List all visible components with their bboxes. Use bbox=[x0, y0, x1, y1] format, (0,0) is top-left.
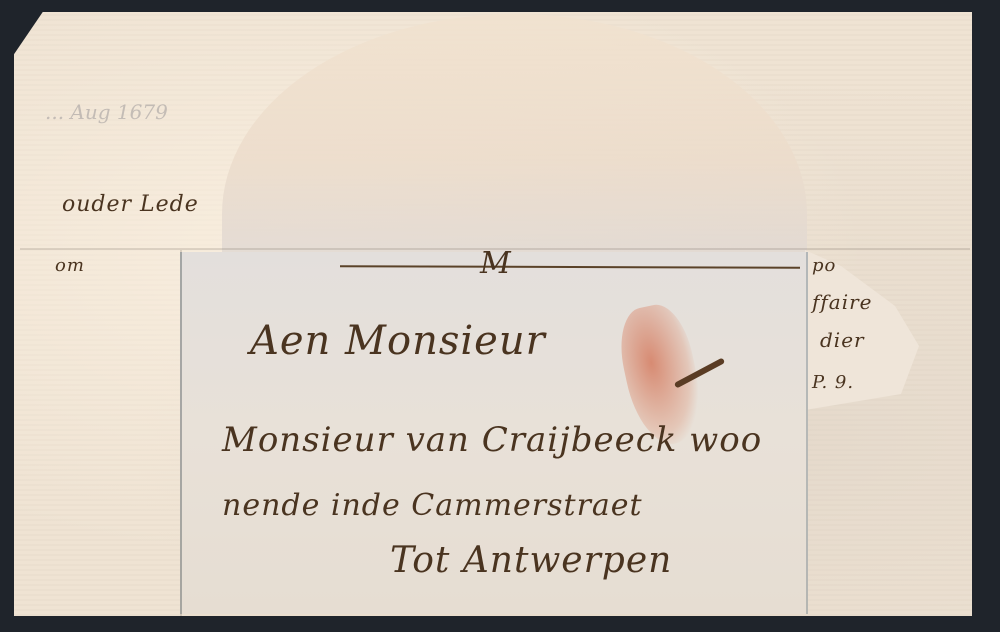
address-line-2: Monsieur van Craijbeeck woo bbox=[222, 420, 762, 460]
fragment-dier: dier bbox=[820, 328, 865, 352]
fragment-ffaire: ffaire bbox=[812, 290, 873, 314]
address-line-4: Tot Antwerpen bbox=[390, 540, 672, 581]
address-line-1: Aen Monsieur bbox=[250, 318, 546, 364]
fragment-om: om bbox=[55, 255, 85, 276]
show-through-text: ... Aug 1679 bbox=[45, 100, 168, 124]
fragment-ouder-lede: ouder Lede bbox=[62, 192, 199, 217]
routing-mark: M bbox=[480, 246, 512, 281]
fragment-p9: P. 9. bbox=[812, 372, 854, 393]
fragment-po: po bbox=[812, 255, 836, 276]
address-line-3: nende inde Cammerstraet bbox=[222, 488, 643, 523]
fold-line bbox=[180, 250, 182, 616]
